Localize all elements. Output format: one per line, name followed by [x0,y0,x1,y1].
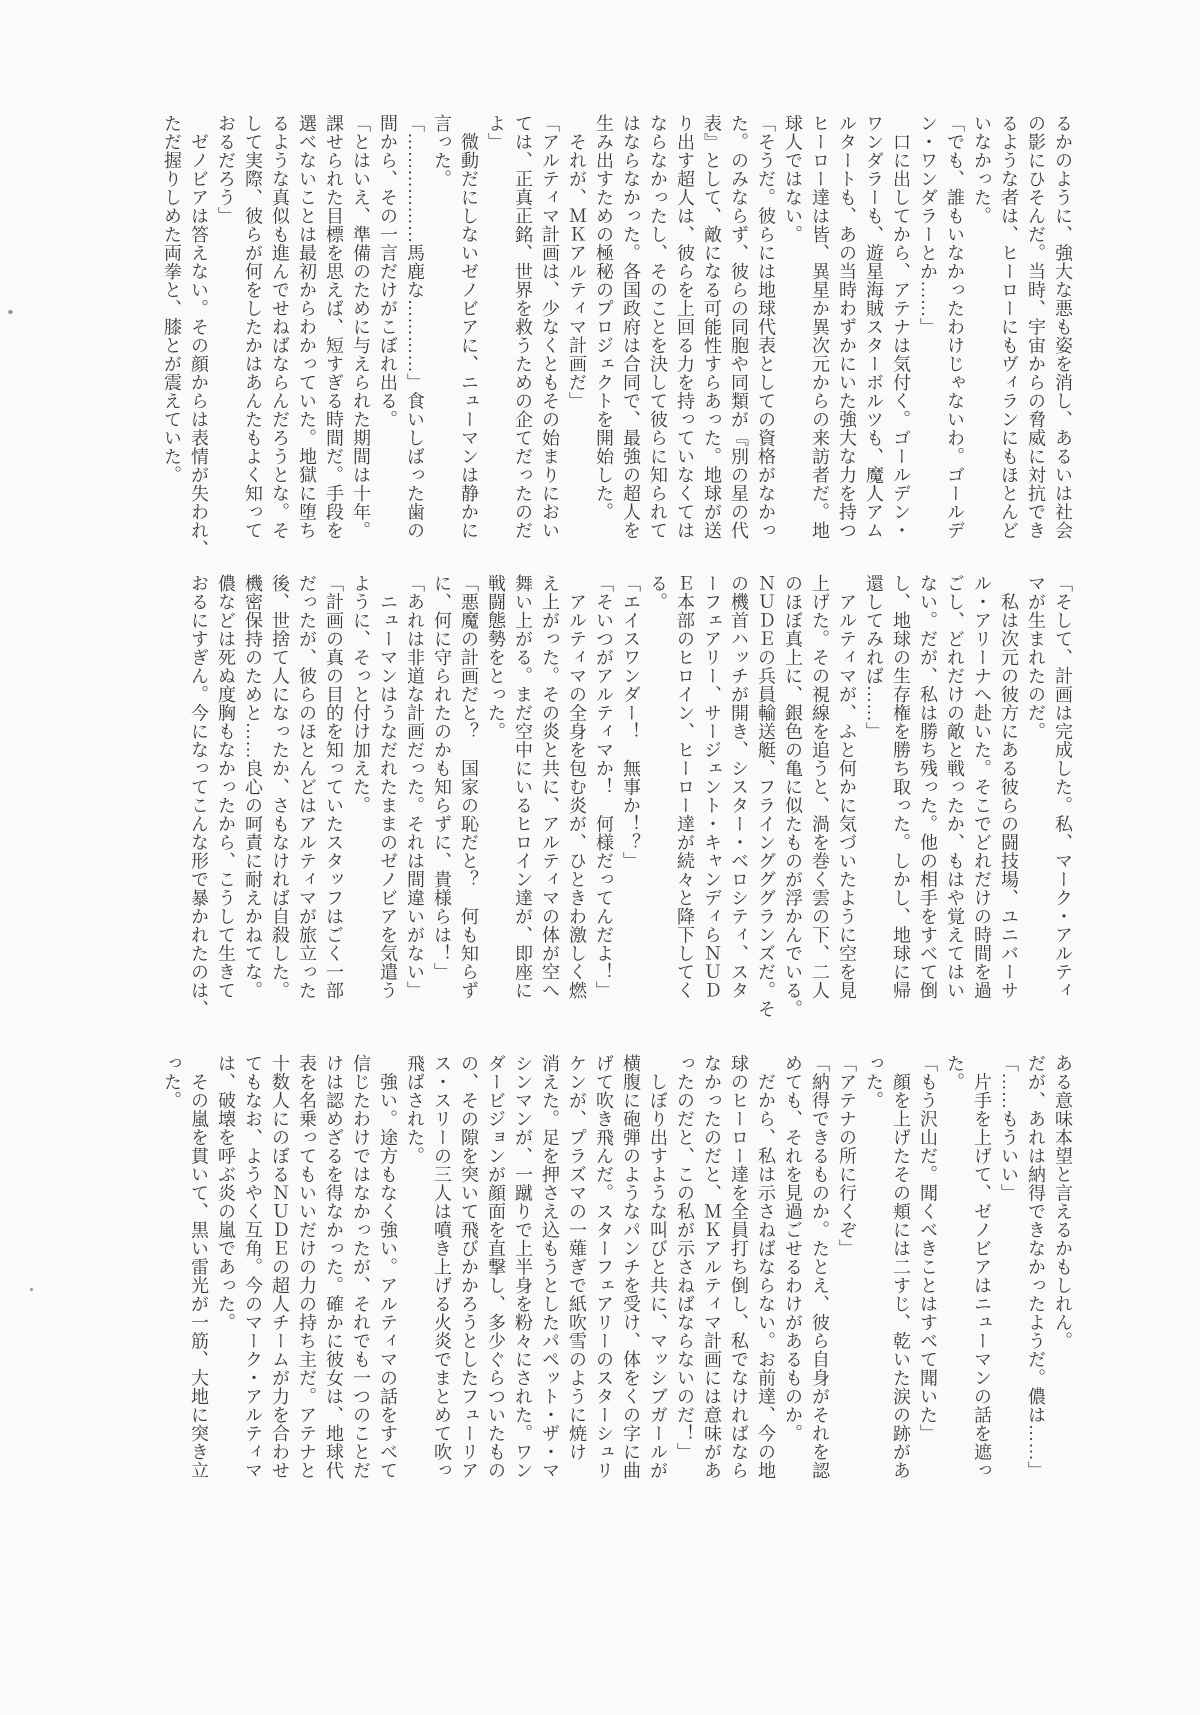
text-column: た。のみならず、彼らの同胞や同類が『別の星の代 [725,114,752,578]
text-column: アルティマが、ふと何かに気づいたように空を見 [833,574,860,1038]
text-column: 課せられた目標を思えば、短すぎる時間だ。手段を [320,114,347,578]
text-column: 微動だにしないゼノビアに、ニューマンは静かに [455,114,482,578]
text-column: 消えた。足を押さえ込もうとしたパペット・ザ・マ [536,1054,563,1518]
text-column: ケンが、プラズマの一薙ぎで紙吹雪のように焼け [563,1054,590,1518]
text-column: 「あれは非道な計画だった。それは間違いがない」 [401,574,428,1038]
paper-speck [30,1288,33,1291]
text-column: 「アルティマ計画は、少なくともその始まりにおい [536,114,563,578]
text-column: ように、そっと付け加えた。 [347,574,374,1038]
text-column: は、破壊を呼ぶ炎の嵐であった。 [212,1054,239,1518]
text-column: その嵐を貫いて、黒い雷光が一筋、大地に突き立 [185,1054,212,1518]
text-column: 「そして、計画は完成した。私、マーク・アルティ [1049,574,1076,1038]
text-column: の影にひそんだ。当時、宇宙からの脅威に対抗でき [1022,114,1049,578]
text-column: 「そうだ。彼らには地球代表としての資格がなかっ [752,114,779,578]
text-column: して実際、彼らが何をしたかはあんたもよく知って [239,114,266,578]
text-column: だから、私は示さねばならない。お前達、今の地 [752,1054,779,1518]
text-column: 球のヒーロー達を全員打ち倒し、私でなければなら [725,1054,752,1518]
text-column: てもなお、ようやく互角。今のマーク・アルティマ [239,1054,266,1518]
text-column: った。 [158,1054,185,1518]
text-column: ごし、どれだけの敵と戦ったか、もはや覚えてはい [941,574,968,1038]
text-column: いなかった。 [968,114,995,578]
text-column: ゼノビアは答えない。その顔からは表情が失われ、 [185,114,212,578]
text-column: 表』として、敵になる可能性すらあった。地球が送 [698,114,725,578]
text-column: しぼり出すような叫びと共に、マッシブガールが [644,1054,671,1518]
text-column: 強い。途方もなく強い。アルティマの話をすべて [374,1054,401,1518]
text-column: だが、あれは納得できなかったようだ。儂は……」 [1022,1054,1049,1518]
text-column: おるだろう」 [212,114,239,578]
text-column: るような真似も進んでせねばならんだろうとな。そ [266,114,293,578]
text-column: ル・アリーナへ赴いた。そこでどれだけの時間を過 [968,574,995,1038]
text-column: し、地球の生存権を勝ち取った。しかし、地球に帰 [887,574,914,1038]
text-column: え上がった。その炎と共に、アルティマの体が空へ [536,574,563,1038]
text-column: ン・ワンダラーとか……」 [914,114,941,578]
text-column: ーフェアリー、サージェント・キャンディらＮＵＤ [698,574,725,1038]
text-column: 間から、その一言だけがこぼれ出る。 [374,114,401,578]
text-block-middle: 「そして、計画は完成した。私、マーク・アルティマが生まれたのだ。 私は次元の彼方… [185,574,1076,1038]
text-column: の、その隙を突いて飛びかかろうとしたフューリア [455,1054,482,1518]
text-column: マが生まれたのだ。 [1022,574,1049,1038]
text-column: 信じたわけではなかったが、それでも一つのことだ [347,1054,374,1518]
text-column: ない。だが、私は勝ち残った。他の相手をすべて倒 [914,574,941,1038]
text-column: 「計画の真の目的を知っていたスタッフはごく一部 [320,574,347,1038]
text-column: り出す超人は、彼らを上回る力を持っていなくては [671,114,698,578]
text-column: 「アテナの所に行くぞ」 [833,1054,860,1518]
text-column: 戦闘態勢をとった。 [482,574,509,1038]
text-column: ある意味本望と言えるかもしれん。 [1049,1054,1076,1518]
text-column: ワンダラーも、遊星海賊スターボルツも、魔人アム [860,114,887,578]
paper-speck [8,310,13,314]
text-column: げて吹き飛んだ。スターフェアリーのスターシュリ [590,1054,617,1518]
text-column: よ」 [482,114,509,578]
text-column: Ｅ本部のヒロイン、ヒーロー達が続々と降下してく [671,574,698,1038]
text-column: 「………………馬鹿な…………」食いしばった歯の [401,114,428,578]
text-column: ダービジョンが顔面を直撃し、多少ぐらついたもの [482,1054,509,1518]
text-column: 表を名乗ってもいいだけの力の持ち主だ。アテナと [293,1054,320,1518]
text-column: 「そいつがアルティマか！ 何様だってんだよ！」 [590,574,617,1038]
text-column: るような者は、ヒーローにもヴィランにもほとんど [995,114,1022,578]
text-column: ては、正真正銘、世界を救うための企てだったのだ [509,114,536,578]
text-column: 「エイスワンダー！ 無事か！？」 [617,574,644,1038]
text-column: アルティマの全身を包む炎が、ひときわ激しく燃 [563,574,590,1038]
text-column: ヒーロー達は皆、異星か異次元からの来訪者だ。地 [806,114,833,578]
text-column: それが、ＭＫアルティマ計画だ」 [563,114,590,578]
text-column: けは認めざるを得なかった。確かに彼女は、地球代 [320,1054,347,1518]
text-column: 還してみれば……」 [860,574,887,1038]
text-column: ニューマンはうなだれたままのゼノビアを気遣う [374,574,401,1038]
text-column: 「とはいえ、準備のために与えられた期間は十年。 [347,114,374,578]
text-column: 顔を上げたその頬には二すじ、乾いた涙の跡があ [887,1054,914,1518]
text-column: ったのだと、この私が示さねばならないのだ！」 [671,1054,698,1518]
text-column: 飛ばされた。 [401,1054,428,1518]
text-column: 十数人にのぼるＮＵＤＥの超人チームが力を合わせ [266,1054,293,1518]
text-block-top: るかのように、強大な悪も姿を消し、あるいは社会の影にひそんだ。当時、宇宙からの脅… [158,114,1076,578]
text-column: 「納得できるものか。たとえ、彼ら自身がそれを認 [806,1054,833,1518]
text-column: めても、それを見過ごせるわけがあるものか。 [779,1054,806,1518]
text-column: だったが、彼らのほとんどはアルティマが旅立った [293,574,320,1038]
text-column: 球人ではない。 [779,114,806,578]
text-column: 「もう沢山だ。聞くべきことはすべて聞いた」 [914,1054,941,1518]
text-column: ＮＵＤＥの兵員輸送艇、フライングググランズだ。そ [752,574,779,1038]
text-column: おるにすぎん。今になってこんな形で暴かれたのは、 [185,574,212,1038]
text-column: なかったのだと、ＭＫアルティマ計画には意味があ [698,1054,725,1518]
text-column: 横腹に砲弾のようなパンチを受け、体をくの字に曲 [617,1054,644,1518]
text-column: ならなかったし、そのことを決して彼らに知られて [644,114,671,578]
text-column: ス・スリーの三人は噴き上げる火炎でまとめて吹っ [428,1054,455,1518]
text-column: のほぼ真上に、銀色の亀に似たものが浮かんでいる。 [779,574,806,1038]
scanned-novel-page: るかのように、強大な悪も姿を消し、あるいは社会の影にひそんだ。当時、宇宙からの脅… [0,0,1200,1715]
text-column: 儂などは死ぬ度胸もなかったから、こうして生きて [212,574,239,1038]
text-column: 片手を上げて、ゼノビアはニューマンの話を遮っ [968,1054,995,1518]
text-column: シンマンが、一蹴りで上半身を粉々にされた。ワン [509,1054,536,1518]
text-column: 「……もういい」 [995,1054,1022,1518]
text-block-bottom: ある意味本望と言えるかもしれん。だが、あれは納得できなかったようだ。儂は……」「… [158,1054,1076,1518]
text-column: 機密保持のためと……良心の呵責に耐えかねてな。 [239,574,266,1038]
text-column: はならなかった。各国政府は合同で、最強の超人を [617,114,644,578]
text-column: 私は次元の彼方にある彼らの闘技場、ユニバーサ [995,574,1022,1038]
text-column: 後、世捨て人になったか、さもなければ自殺した。 [266,574,293,1038]
text-column: た。 [941,1054,968,1518]
text-column: った。 [860,1054,887,1518]
text-column: る。 [644,574,671,1038]
text-column: の機首ハッチが開き、シスター・ベロシティ、スタ [725,574,752,1038]
text-column: 選べないことは最初からわかっていた。地獄に堕ち [293,114,320,578]
text-column: 「でも、誰もいなかったわけじゃないわ。ゴールデ [941,114,968,578]
text-column: ルタートも、あの当時わずかにいた強大な力を持つ [833,114,860,578]
text-column: 生み出すための極秘のプロジェクトを開始した。 [590,114,617,578]
text-column: 「悪魔の計画だと？ 国家の恥だと？ 何も知らず [455,574,482,1038]
text-column: 舞い上がる。まだ空中にいるヒロイン達が、即座に [509,574,536,1038]
text-column: 言った。 [428,114,455,578]
text-column: ただ握りしめた両拳と、膝とが震えていた。 [158,114,185,578]
text-column: るかのように、強大な悪も姿を消し、あるいは社会 [1049,114,1076,578]
text-column: 口に出してから、アテナは気付く。ゴールデン・ [887,114,914,578]
text-column: 上げた。その視線を追うと、渦を巻く雲の下、二人 [806,574,833,1038]
text-column: に、何に守られたのかも知らずに、貴様らは！」 [428,574,455,1038]
